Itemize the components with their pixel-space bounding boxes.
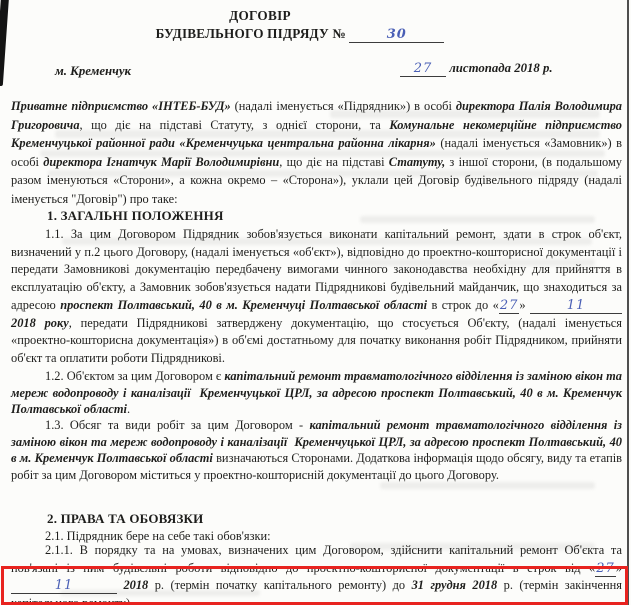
- contract-title: ДОГОВІР: [40, 8, 480, 24]
- text-run: в строк до «: [427, 298, 499, 312]
- customer-director: директора Ігнатчук Марії Володимирівни: [43, 155, 279, 169]
- clause-1-1: 1.1. За цим Договором Підрядник зобов'яз…: [11, 226, 622, 368]
- text-run: Статуту,: [389, 155, 445, 169]
- text-run: , що діє на підставі: [279, 155, 389, 169]
- object-address: проспект Полтавський, 40 в м. Кременчуці…: [60, 298, 427, 312]
- text-run: 1.2. Об'єктом за цим Договором є: [45, 369, 224, 383]
- city-label: м. Кременчук: [55, 64, 131, 79]
- text-run: »: [519, 298, 530, 312]
- text-run: [622, 298, 625, 312]
- scan-artifact-corner-mark: [0, 0, 9, 86]
- text-run: 1.3. Обсяг та види робіт за цим Договоро…: [45, 418, 309, 432]
- section-heading-general: 1. ЗАГАЛЬНІ ПОЛОЖЕННЯ: [47, 208, 224, 224]
- scanned-contract-page: ДОГОВІР БУДІВЕЛЬНОГО ПІДРЯДУ № 30 м. Кре…: [0, 0, 631, 605]
- contract-subtitle: БУДІВЕЛЬНОГО ПІДРЯДУ № 30: [40, 26, 560, 43]
- text-run: (надалі іменується «Підрядник») в особі: [231, 99, 456, 113]
- paragraph-preamble: Приватне підприємство «ІНТЕБ-БУД» (надал…: [11, 97, 622, 209]
- handwritten-month-start: 11: [530, 299, 622, 314]
- bleedthrough-artifact: [360, 216, 595, 223]
- bleedthrough-artifact: [380, 482, 595, 489]
- text-run: .: [127, 402, 130, 416]
- contractor-name: Приватне підприємство «ІНТЕБ-БУД»: [11, 99, 231, 113]
- text-run: 2.1. Підрядник бере на себе такі обов'яз…: [45, 529, 271, 543]
- text-run: 2018 року: [11, 316, 69, 330]
- scan-artifact-right-edge-line: [627, 0, 629, 605]
- text-run: , передати Підрядникові затверджену доку…: [11, 316, 625, 365]
- contract-subtitle-label: БУДІВЕЛЬНОГО ПІДРЯДУ №: [156, 26, 350, 41]
- date-text: листопада 2018 р.: [446, 61, 553, 75]
- section-heading-rights: 2. ПРАВА ТА ОБОВЯЗКИ: [47, 511, 203, 527]
- handwritten-day-start: 27: [499, 298, 520, 314]
- handwritten-date-day: 27: [400, 62, 446, 77]
- highlight-box: [1, 566, 628, 605]
- handwritten-contract-number: 30: [349, 28, 444, 43]
- document-header: ДОГОВІР БУДІВЕЛЬНОГО ПІДРЯДУ № 30: [40, 8, 560, 43]
- clause-1-2: 1.2. Об'єктом за цим Договором є капітал…: [11, 368, 622, 418]
- date-line: 27 листопада 2018 р.: [400, 61, 553, 77]
- text-run: , що діє на підставі Статуту, з однієї с…: [80, 118, 390, 132]
- clause-1-3: 1.3. Обсяг та види робіт за цим Договоро…: [11, 417, 622, 483]
